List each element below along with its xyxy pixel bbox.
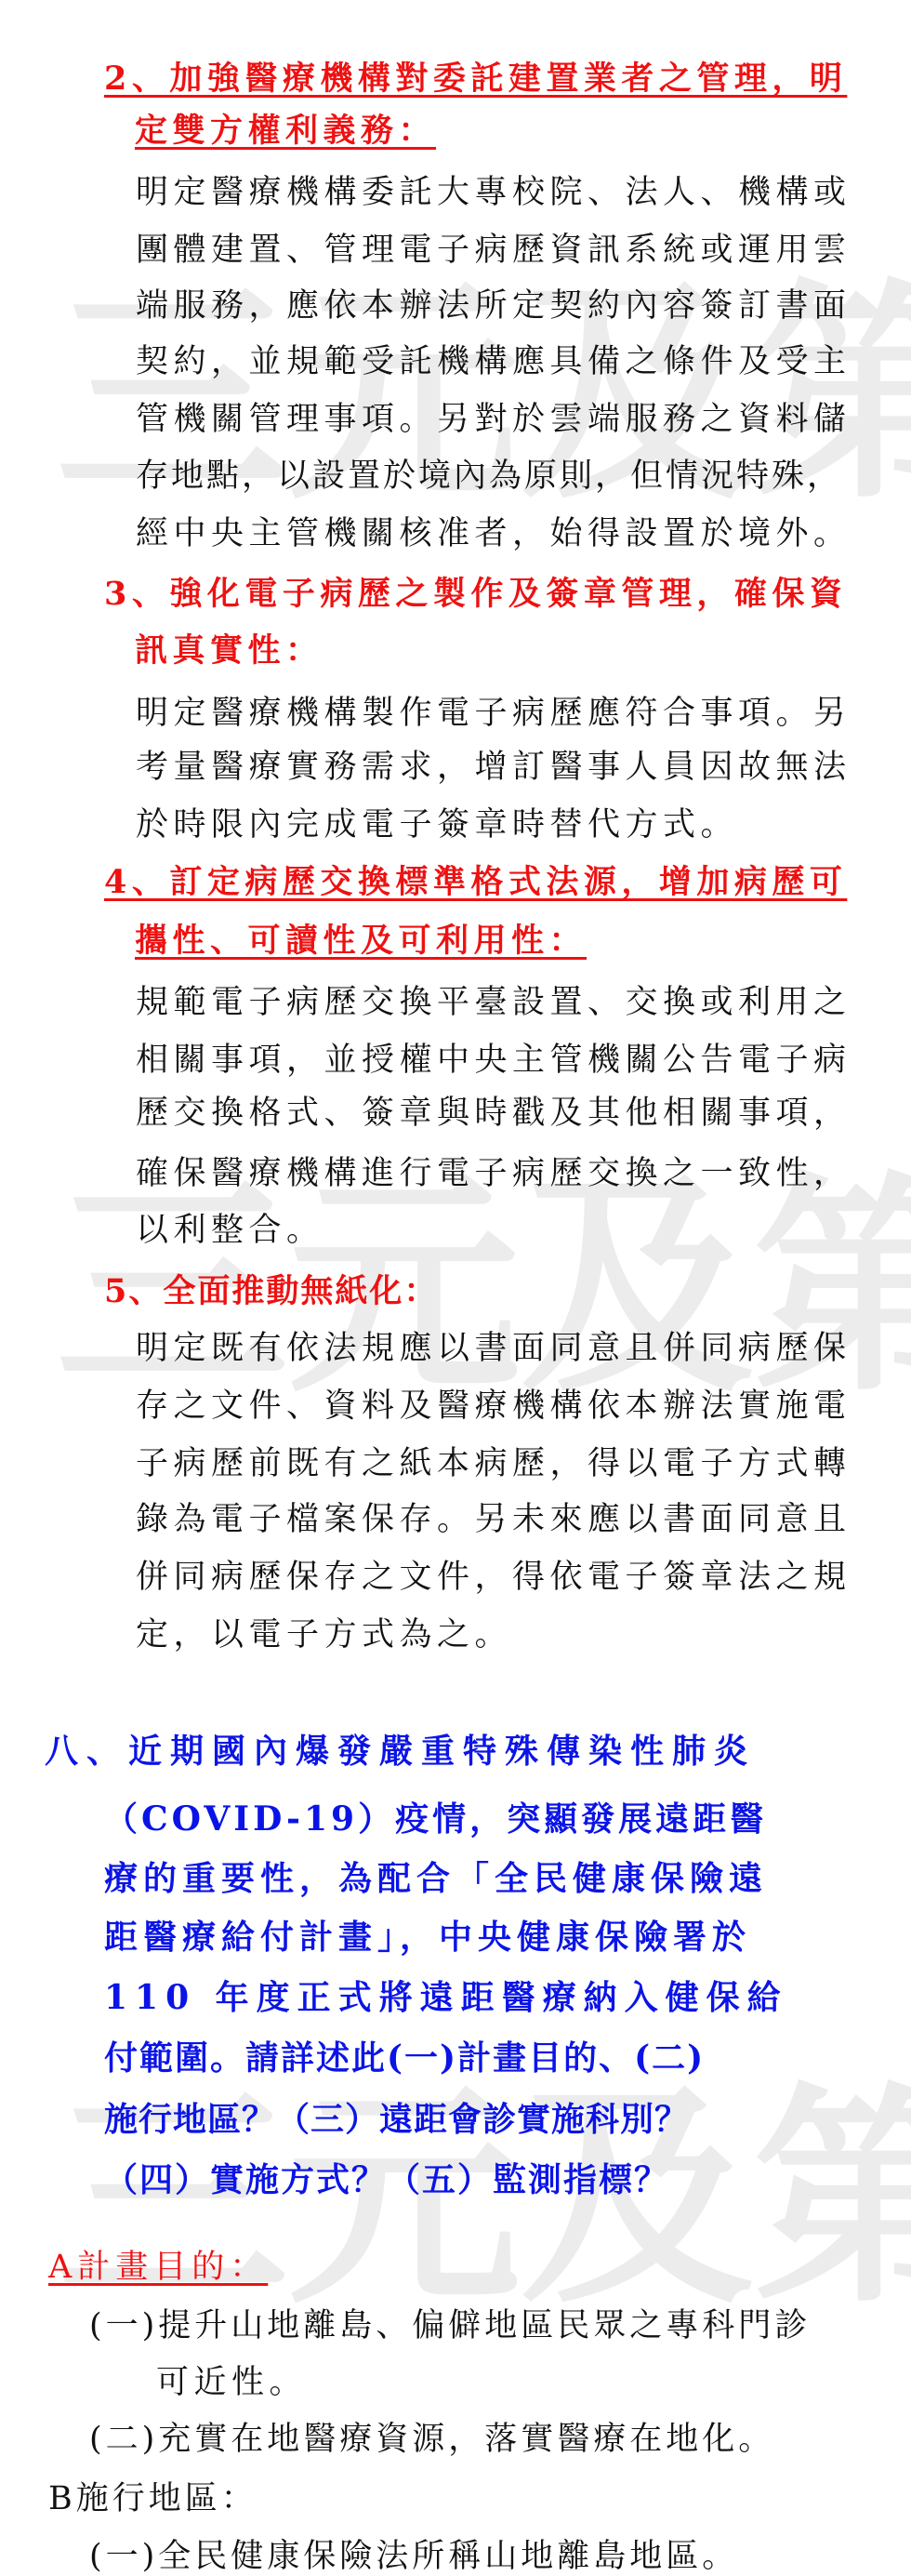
body-line: 明定醫療機構製作電子病歷應符合事項。另 [136, 693, 852, 734]
answer-item: (二)充實在地醫療資源，落實醫療在地化。 [89, 2419, 774, 2460]
answer-item: (一)全民健康保險法所稱山地離島地區。 [89, 2536, 738, 2576]
answer-part-title: A計畫目的： [48, 2247, 268, 2288]
section-heading: 定雙方權利義務： [135, 111, 436, 152]
body-line: 定，以電子方式為之。 [136, 1614, 512, 1655]
section-heading: 4、訂定病歷交換標準格式法源，增加病歷可 [104, 862, 847, 903]
body-line: 子病歷前既有之紙本病歷，得以電子方式轉 [136, 1443, 852, 1484]
answer-item: 可近性。 [156, 2362, 307, 2403]
watermark-char: 第 [753, 2074, 911, 2325]
body-line: 明定醫療機構委託大專校院、法人、機構或 [136, 172, 852, 213]
body-line: 確保醫療機構進行電子病歷交換之一致性， [136, 1153, 852, 1194]
body-line: 契約，並規範受託機構應具備之條件及受主 [136, 341, 852, 382]
body-line: 規範電子病歷交換平臺設置、交換或利用之 [136, 982, 852, 1023]
question-line: 八、近期國內爆發嚴重特殊傳染性肺炎 [45, 1731, 756, 1772]
body-line: 考量醫療實務需求，增訂醫事人員因故無法 [136, 747, 852, 788]
body-line: 以利整合。 [136, 1210, 324, 1251]
question-line: 施行地區？（三）遠距會診實施科別？ [104, 2099, 689, 2140]
section-heading: 2、加強醫療機構對委託建置業者之管理，明 [104, 59, 847, 100]
question-line: （COVID-19）疫情，突顯發展遠距醫 [104, 1799, 767, 1839]
body-line: 明定既有依法規應以書面同意且併同病歷保 [136, 1328, 852, 1369]
body-line: 端服務，應依本辦法所定契約內容簽訂書面 [136, 285, 852, 326]
body-line: 於時限內完成電子簽章時替代方式。 [136, 804, 738, 845]
answer-item: (一)提升山地離島、偏僻地區民眾之專科門診 [89, 2305, 811, 2346]
question-line: 距醫療給付計畫」，中央健康保險署於 [104, 1917, 751, 1958]
watermark-char: 第 [753, 1162, 911, 1414]
question-line: 付範圍。請詳述此(一)計畫目的、(二) [104, 2038, 705, 2078]
body-line: 存地點，以設置於境內為原則，但情況特殊， [136, 456, 842, 497]
body-line: 歷交換格式、簽章與時戳及其他相關事項， [136, 1093, 852, 1134]
answer-part-title: B施行地區： [48, 2478, 257, 2519]
body-line: 存之文件、資料及醫療機構依本辦法實施電 [136, 1386, 852, 1427]
body-line: 管機關管理事項。另對於雲端服務之資料儲 [136, 399, 852, 440]
section-heading: 攜性、可讀性及可利用性： [135, 921, 587, 962]
section-heading: 訊真實性： [135, 631, 323, 671]
body-line: 相關事項，並授權中央主管機關公告電子病 [136, 1040, 852, 1081]
body-line: 併同病歷保存之文件，得依電子簽章法之規 [136, 1557, 852, 1598]
section-heading: 3、強化電子病歷之製作及簽章管理，確保資 [104, 574, 847, 615]
body-line: 錄為電子檔案保存。另未來應以書面同意且 [136, 1499, 852, 1540]
section-heading: 5、全面推動無紙化： [104, 1271, 438, 1312]
question-line: 110 年度正式將遠距醫療納入健保給 [104, 1977, 788, 2018]
body-line: 團體建置、管理電子病歷資訊系統或運用雲 [136, 230, 852, 271]
body-line: 經中央主管機關核准者，始得設置於境外。 [136, 513, 852, 554]
watermark-char: 及 [521, 1162, 753, 1414]
question-line: 療的重要性，為配合「全民健康保險遠 [104, 1858, 768, 1899]
question-line: （四）實施方式？（五）監測指標？ [104, 2159, 669, 2200]
